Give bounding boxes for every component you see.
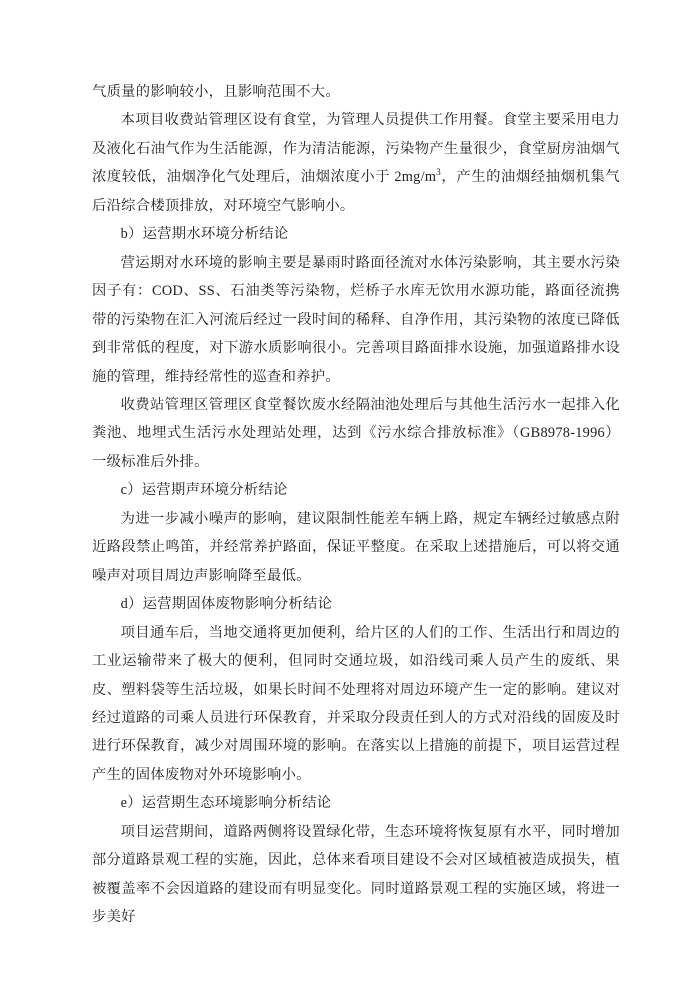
heading-water-environment: b）运营期水环境分析结论 (92, 220, 620, 248)
heading-solid-waste: d）运营期固体废物影响分析结论 (92, 590, 620, 618)
paragraph-canteen: 本项目收费站管理区设有食堂，为管理人员提供工作用餐。食堂主要采用电力及液化石油气… (92, 106, 620, 220)
paragraph-wastewater: 收费站管理区管理区食堂餐饮废水经隔油池处理后与其他生活污水一起排入化粪池、地埋式… (92, 391, 620, 476)
paragraph-air-quality-tail: 气质量的影响较小，且影响范围不大。 (92, 78, 620, 106)
heading-ecological-environment: e）运营期生态环境影响分析结论 (92, 789, 620, 817)
document-text-block: 气质量的影响较小，且影响范围不大。 本项目收费站管理区设有食堂，为管理人员提供工… (92, 78, 620, 932)
paragraph-ecology: 项目运营期间，道路两侧将设置绿化带，生态环境将恢复原有水平，同时增加部分道路景观… (92, 818, 620, 932)
paragraph-water-runoff: 营运期对水环境的影响主要是暴雨时路面径流对水体污染影响，其主要水污染因子有：CO… (92, 249, 620, 391)
paragraph-solid-waste: 项目通车后，当地交通将更加便利，给片区的人们的工作、生活出行和周边的工业运输带来… (92, 619, 620, 790)
heading-noise-environment: c）运营期声环境分析结论 (92, 476, 620, 504)
document-page: 气质量的影响较小，且影响范围不大。 本项目收费站管理区设有食堂，为管理人员提供工… (0, 0, 700, 989)
paragraph-noise: 为进一步减小噪声的影响，建议限制性能差车辆上路，规定车辆经过敏感点附近路段禁止鸣… (92, 505, 620, 590)
